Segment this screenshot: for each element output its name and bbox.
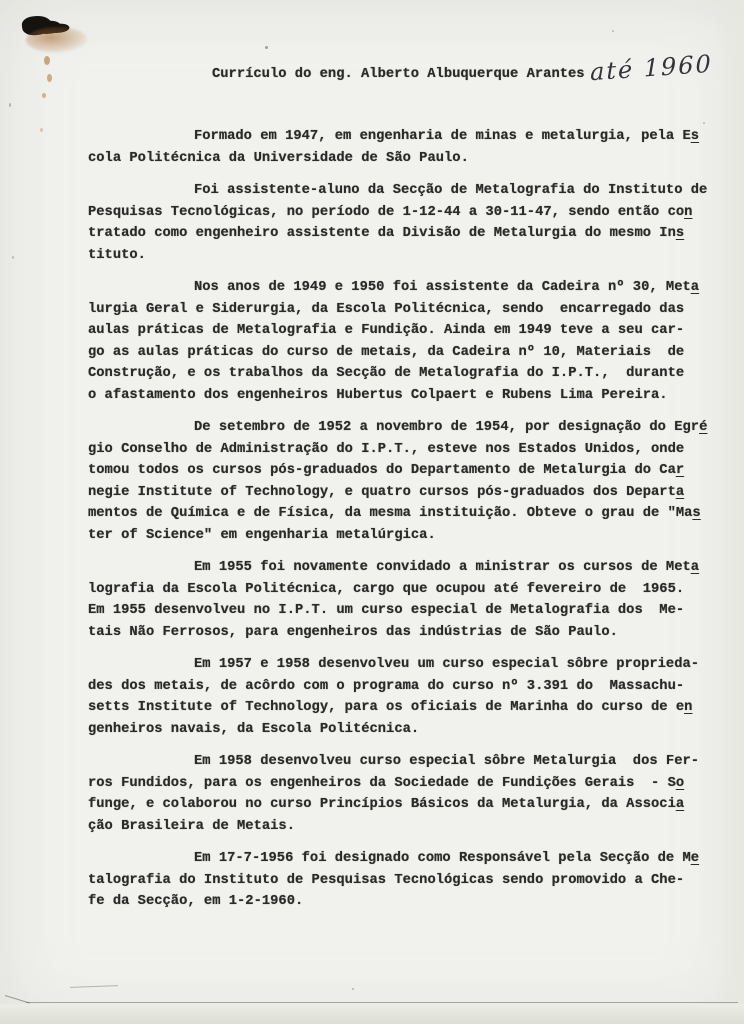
rust-stain: [26, 27, 88, 53]
rust-speck: [47, 74, 52, 82]
typed-line: tomou todos os cursos pós-graduados do D…: [88, 460, 728, 482]
scanned-document-page: Currículo do eng. Alberto Albuquerque Ar…: [0, 0, 744, 1024]
typed-line: cola Politécnica da Universidade de São …: [88, 148, 728, 170]
typed-line: Construção, e os trabalhos da Secção de …: [88, 363, 728, 385]
document-title: Currículo do eng. Alberto Albuquerque Ar…: [212, 64, 585, 86]
paragraph: Em 1955 foi novamente convidado a minist…: [88, 557, 728, 643]
typed-line: Em 1955 desenvolveu no I.P.T. um curso e…: [88, 600, 728, 622]
typed-line: tratado como engenheiro assistente da Di…: [88, 223, 728, 245]
paragraph: Em 1958 desenvolveu curso especial sôbre…: [88, 751, 728, 837]
typed-line: negie Institute of Technology, e quatro …: [88, 482, 728, 504]
typed-line: Pesquisas Tecnológicas, no período de 1-…: [88, 202, 728, 224]
typed-line: Em 1955 foi novamente convidado a minist…: [88, 557, 728, 579]
typed-line: tais Não Ferrosos, para engenheiros das …: [88, 622, 728, 644]
scan-bottom-edge: [0, 1004, 744, 1024]
typed-line: Nos anos de 1949 e 1950 foi assistente d…: [88, 277, 728, 299]
typed-line: setts Institute of Technology, para os o…: [88, 697, 728, 719]
handwritten-annotation: até 1960: [590, 50, 713, 87]
paragraph: Foi assistente-aluno da Secção de Metalo…: [88, 180, 728, 266]
typed-line: Em 17-7-1956 foi designado como Responsá…: [88, 848, 728, 870]
paper-speck: [612, 30, 614, 32]
typed-line: go as aulas práticas do curso de metais,…: [88, 342, 728, 364]
paper-speck: [9, 103, 11, 107]
typed-line: genheiros navais, da Escola Politécnica.: [88, 719, 728, 741]
paper-speck: [265, 46, 268, 49]
rust-speck: [42, 93, 46, 98]
typed-line: Em 1957 e 1958 desenvolveu um curso espe…: [88, 654, 728, 676]
rust-speck: [40, 128, 43, 132]
typed-line: lurgia Geral e Siderurgia, da Escola Pol…: [88, 299, 728, 321]
paragraph: Em 1957 e 1958 desenvolveu um curso espe…: [88, 654, 728, 740]
paragraph: Formado em 1947, em engenharia de minas …: [88, 126, 728, 169]
paper-speck: [703, 122, 705, 124]
typed-line: ros Fundidos, para os engenheiros da Soc…: [88, 773, 728, 795]
typed-line: ter of Science" em engenharia metalúrgic…: [88, 525, 728, 547]
typed-line: De setembro de 1952 a novembro de 1954, …: [88, 417, 728, 439]
typed-line: gio Conselho de Administração do I.P.T.,…: [88, 439, 728, 461]
paragraph: Nos anos de 1949 e 1950 foi assistente d…: [88, 277, 728, 406]
page-bottom-crease: [26, 1002, 738, 1003]
bottom-scratch-mark: [70, 985, 118, 988]
typed-line: des dos metais, de acôrdo com o programa…: [88, 676, 728, 698]
page-bottom-crease-corner: [5, 995, 30, 1004]
typed-line: lografia da Escola Politécnica, cargo qu…: [88, 579, 728, 601]
paper-speck: [12, 256, 14, 259]
typed-line: o afastamento dos engenheiros Hubertus C…: [88, 385, 728, 407]
typed-line: mentos de Química e de Física, da mesma …: [88, 503, 728, 525]
typed-line: aulas práticas de Metalografia e Fundiçã…: [88, 320, 728, 342]
paragraph: De setembro de 1952 a novembro de 1954, …: [88, 417, 728, 546]
typed-line: tituto.: [88, 245, 728, 267]
paper-speck: [352, 988, 354, 990]
typed-line: fe da Secção, em 1-2-1960.: [88, 891, 728, 913]
typed-line: Em 1958 desenvolveu curso especial sôbre…: [88, 751, 728, 773]
typed-line: funge, e colaborou no curso Princípios B…: [88, 794, 728, 816]
typed-line: Formado em 1947, em engenharia de minas …: [88, 126, 728, 148]
document-body: Formado em 1947, em engenharia de minas …: [88, 126, 728, 924]
typed-line: talografia do Instituto de Pesquisas Tec…: [88, 870, 728, 892]
typed-line: Foi assistente-aluno da Secção de Metalo…: [88, 180, 728, 202]
paragraph: Em 17-7-1956 foi designado como Responsá…: [88, 848, 728, 913]
rust-speck: [44, 56, 50, 65]
typed-line: ção Brasileira de Metais.: [88, 816, 728, 838]
